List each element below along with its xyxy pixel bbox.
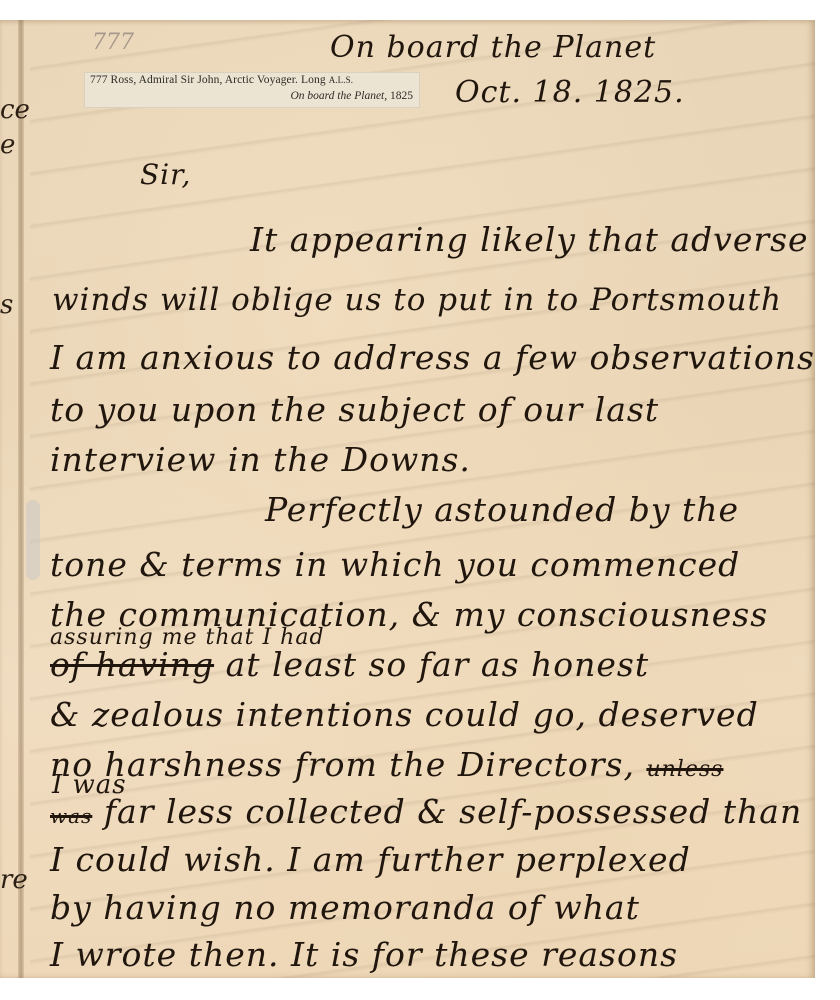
paper-stain (26, 500, 40, 580)
lot-year: 1825 (390, 90, 413, 102)
struck-text: was (50, 804, 92, 828)
catalog-label-line1: 777 Ross, Admiral Sir John, Arctic Voyag… (90, 74, 353, 86)
left-page-fragment: s (0, 290, 13, 320)
letter-line: winds will oblige us to put in to Portsm… (52, 282, 782, 318)
left-page-fragment: e (0, 130, 15, 160)
letter-line: Perfectly astounded by the (265, 490, 739, 529)
letter-place: On board the Planet (330, 30, 656, 65)
letter-line: I wrote then. It is for these reasons (50, 935, 678, 974)
left-page-fragment: ce (0, 95, 30, 125)
lot-place: On board the Planet, (290, 90, 387, 102)
letter-line: to you upon the subject of our last (50, 390, 659, 429)
letter-line: by having no memoranda of what (50, 888, 640, 927)
letter-line: of having at least so far as honest (50, 645, 649, 684)
letter-line: was far less collected & self-possessed … (50, 792, 802, 831)
letter-line: interview in the Downs. (50, 440, 471, 479)
pencil-lot-number: 777 (92, 30, 134, 55)
catalog-label: 777 Ross, Admiral Sir John, Arctic Voyag… (84, 72, 420, 108)
letter-line: no harshness from the Directors, unless (50, 745, 723, 784)
lot-abbrev: A.L.S. (329, 75, 353, 85)
letter-salutation: Sir, (140, 158, 191, 191)
struck-text: unless (646, 757, 723, 782)
struck-text: of having (50, 645, 214, 684)
letter-line: & zealous intentions could go, deserved (50, 695, 759, 734)
lot-number: 777 (90, 74, 108, 86)
letter-line-text: at least so far as honest (226, 645, 650, 684)
letter-line-text: far less collected & self-possessed than (104, 792, 802, 831)
letter-line: I am anxious to address a few observatio… (50, 338, 815, 377)
letter-line: I could wish. I am further perplexed (50, 840, 691, 879)
page-fold-crease (18, 20, 24, 978)
letter-date: Oct. 18. 1825. (455, 75, 685, 110)
left-page-fragment: re (0, 865, 28, 895)
letter-line: It appearing likely that adverse (250, 220, 809, 259)
letter-line: tone & terms in which you commenced (50, 545, 740, 584)
lot-description: Ross, Admiral Sir John, Arctic Voyager. (111, 74, 298, 86)
lot-length: Long (301, 74, 326, 86)
letter-line-text: no harshness from the Directors, (50, 745, 635, 784)
catalog-label-line2: On board the Planet, 1825 (290, 90, 413, 102)
